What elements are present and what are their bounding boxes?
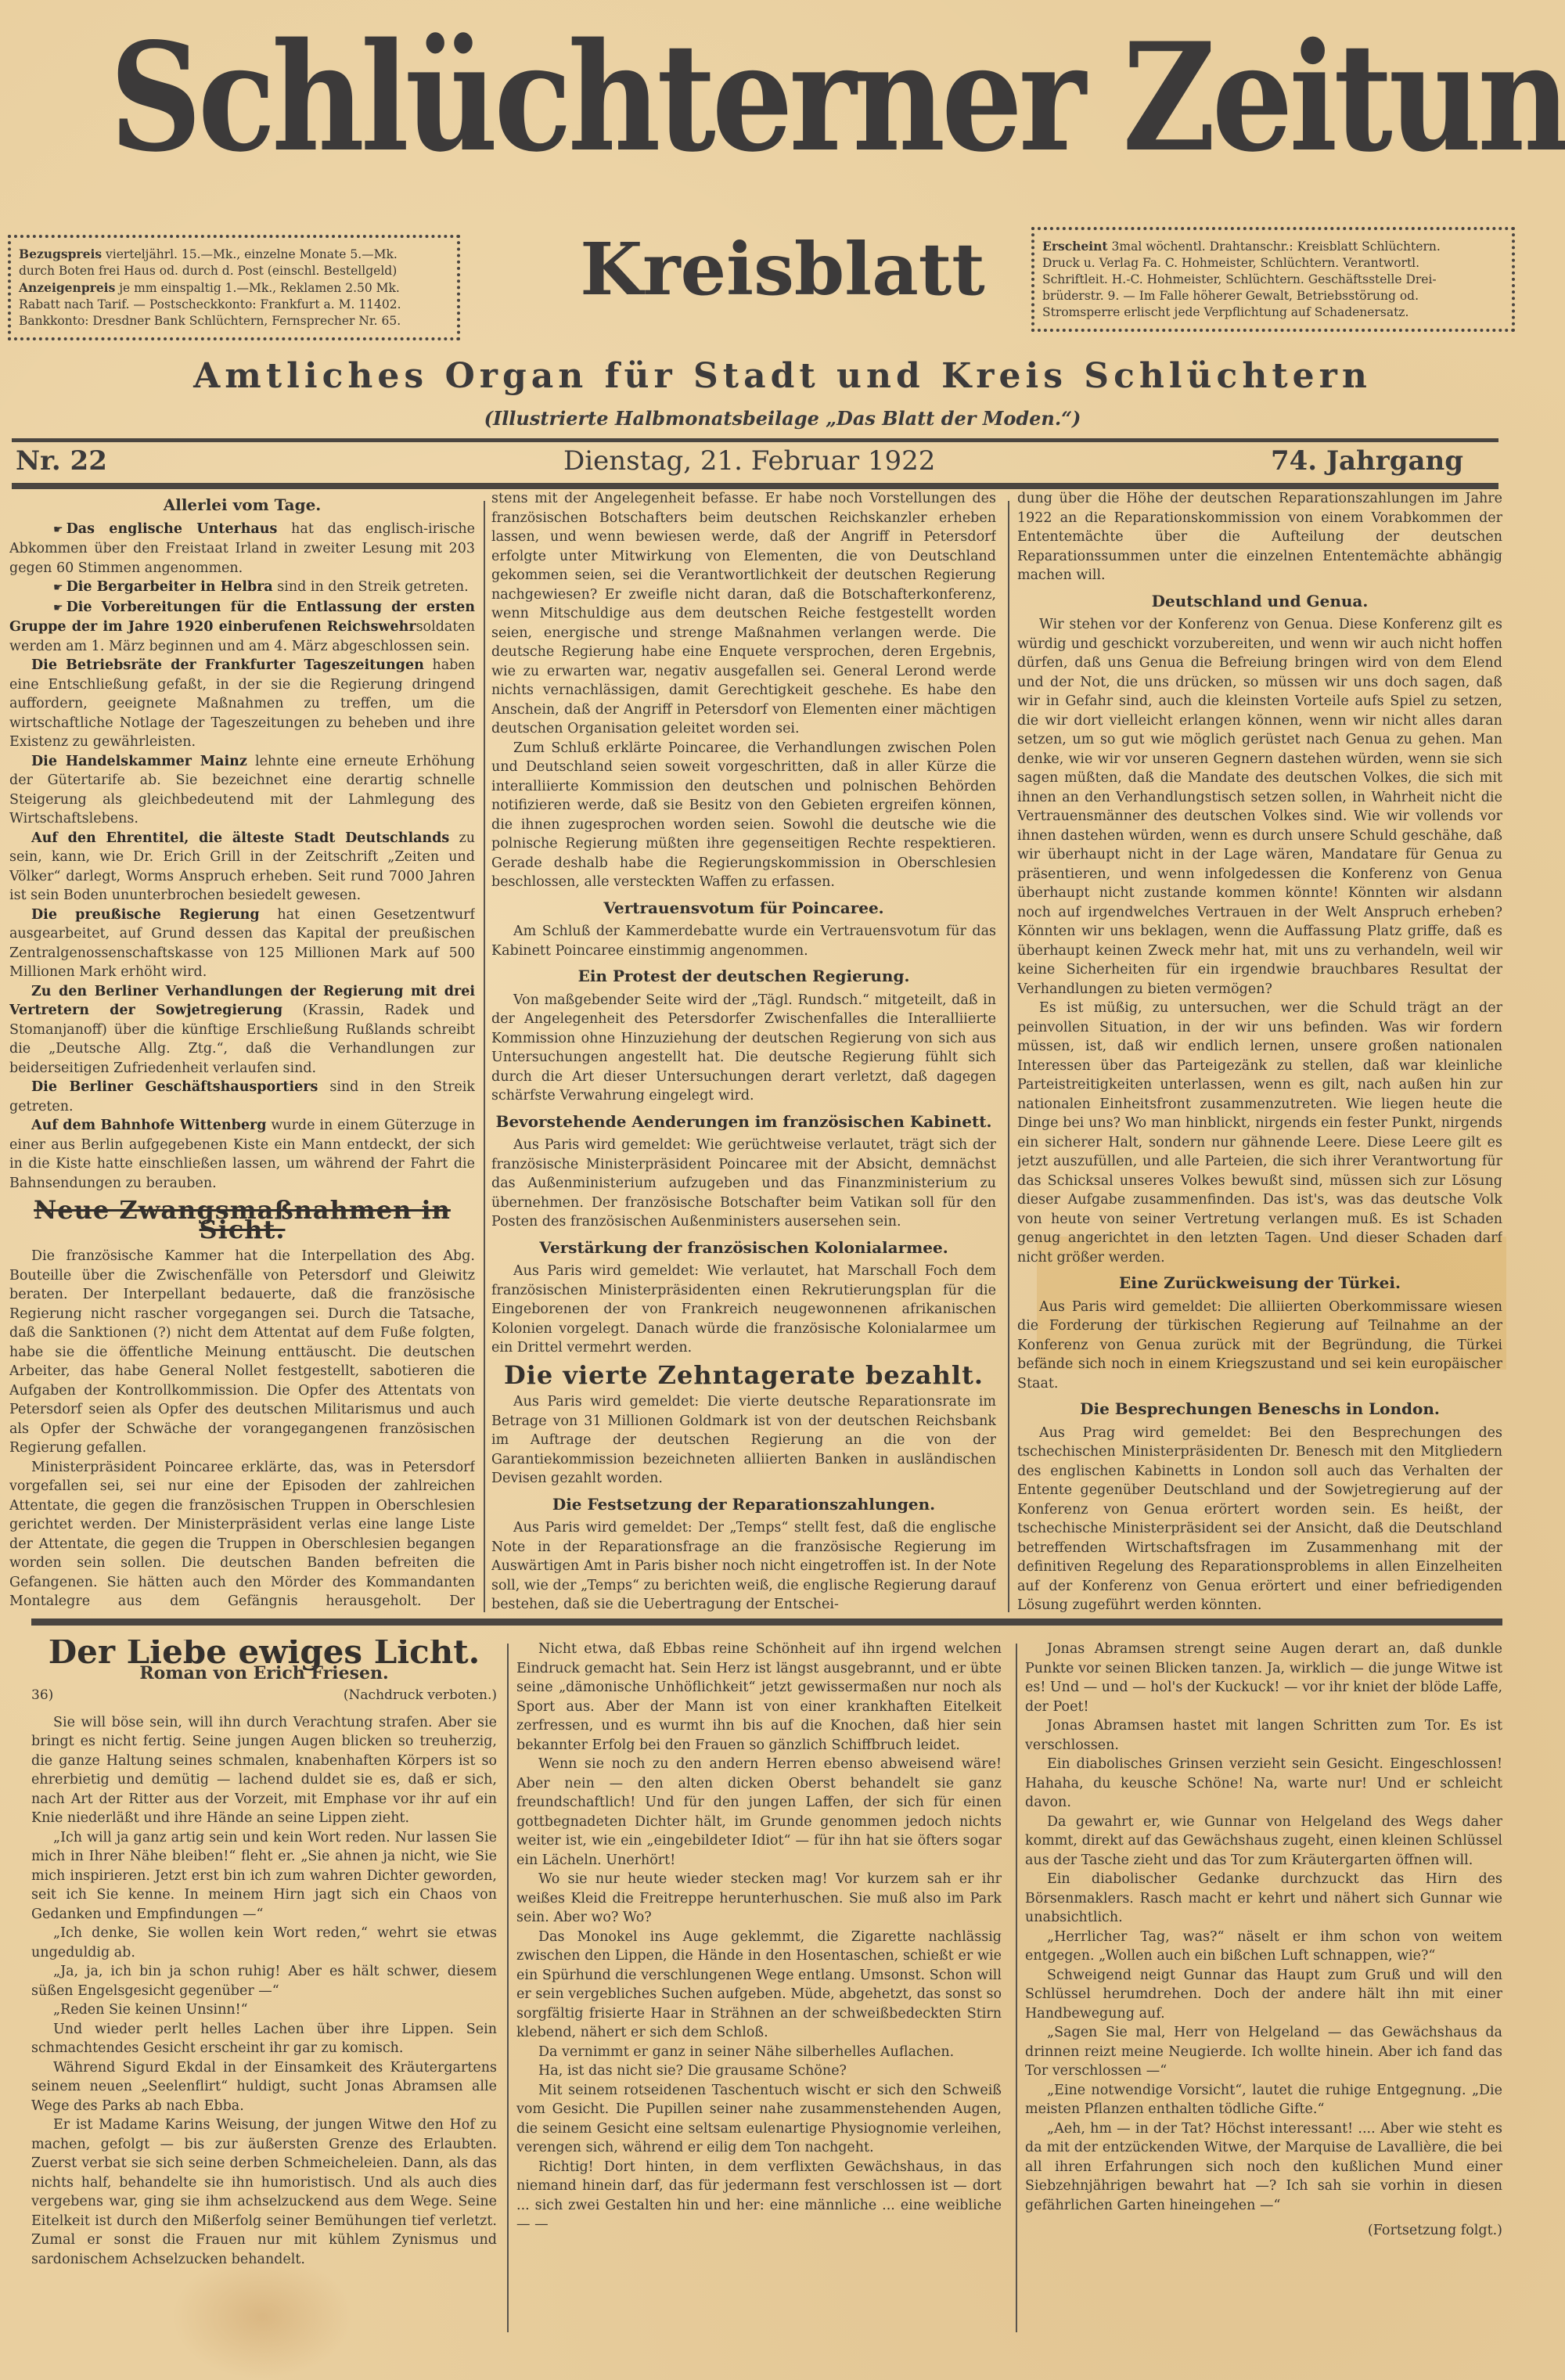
news-item: Auf den Ehrentitel, die älteste Stadt De…: [9, 829, 475, 906]
novel-title: Der Liebe ewiges Licht.: [31, 1643, 497, 1662]
news-item: ☛Die Vorbereitungen für die Entlassung d…: [9, 598, 475, 657]
info-line: Stromsperre erlischt jede Verpflichtung …: [1042, 304, 1504, 321]
rule-feuilleton: [31, 1618, 1502, 1626]
article-paragraph: Ministerpräsident Poincaree erklärte, da…: [9, 1458, 475, 1613]
feuilleton-column-2: Nicht etwa, daß Ebbas reine Schönheit au…: [516, 1640, 1002, 2344]
info-line: Druck u. Verlag Fa. C. Hohmeister, Schlü…: [1042, 255, 1504, 272]
column-divider: [484, 501, 485, 1612]
article-headline: Die vierte Zehntagerate bezahlt.: [491, 1366, 996, 1385]
masthead-subtitle: Kreisblatt: [469, 227, 1095, 311]
info-line: brüderstr. 9. — Im Falle höherer Gewalt,…: [1042, 288, 1504, 304]
article-paragraph: Aus Prag wird gemeldet: Bei den Besprech…: [1017, 1424, 1502, 1613]
news-item-lead: Auf den Ehrentitel, die älteste Stadt De…: [31, 830, 449, 846]
article-paragraph: stens mit der Angelegenheit befasse. Er …: [491, 489, 996, 739]
novel-paragraph: Ha, ist das nicht sie? Die grausame Schö…: [516, 2061, 1002, 2081]
novel-paragraph: „Aeh, hm — in der Tat? Höchst interessan…: [1025, 2119, 1502, 2216]
section-heading: Eine Zurückweisung der Türkei.: [1017, 1273, 1502, 1293]
news-item: ☛Das englische Unterhaus hat das englisc…: [9, 520, 475, 578]
paper-stain: [172, 2254, 352, 2379]
article-paragraph: Es ist müßig, zu untersuchen, wer die Sc…: [1017, 999, 1502, 1267]
info-line: Rabatt nach Tarif. — Postscheckkonto: Fr…: [19, 297, 449, 313]
info-line: Anzeigenpreis je mm einspaltig 1.—Mk., R…: [19, 279, 449, 297]
novel-paragraph: Das Monokel ins Auge geklemmt, die Zigar…: [516, 1928, 1002, 2043]
news-item-lead: Die Vorbereitungen für die Entlassung de…: [9, 600, 475, 636]
novel-paragraph: Jonas Abramsen hastet mit langen Schritt…: [1025, 1716, 1502, 1755]
continued-notice: (Fortsetzung folgt.): [1025, 2221, 1502, 2241]
column-divider: [507, 1644, 509, 2332]
column-genoa: dung über die Höhe der deutschen Reparat…: [1017, 489, 1502, 1612]
news-item: ☛Die Bergarbeiter in Helbra sind in den …: [9, 578, 475, 598]
news-item: Auf dem Bahnhofe Wittenberg wurde in ein…: [9, 1116, 475, 1193]
article-paragraph: Zum Schluß erklärte Poincaree, die Verha…: [491, 739, 996, 892]
news-item: Die Betriebsräte der Frankfurter Tagesze…: [9, 656, 475, 752]
info-label: Anzeigenpreis: [19, 280, 115, 295]
novel-paragraph: Ein diabolisches Grinsen verzieht sein G…: [1025, 1755, 1502, 1813]
feuilleton-column-1: Der Liebe ewiges Licht. Roman von Erich …: [31, 1640, 497, 2344]
novel-paragraph: Sie will böse sein, will ihn durch Verac…: [31, 1713, 497, 1828]
masthead-title: Schlüchterner Zeitung: [110, 16, 1455, 180]
novel-paragraph: Richtig! Dort hinten, in dem verflixten …: [516, 2158, 1002, 2234]
info-line: Bankkonto: Dresdner Bank Schlüchtern, Fe…: [19, 313, 449, 329]
news-item-lead: Die preußische Regierung: [31, 907, 260, 923]
news-item: Zu den Berliner Verhandlungen der Regier…: [9, 982, 475, 1078]
news-item-lead: Zu den Berliner Verhandlungen der Regier…: [9, 984, 475, 1019]
article-paragraph: Aus Paris wird gemeldet: Die alliierten …: [1017, 1298, 1502, 1394]
info-label: Erscheint: [1042, 239, 1108, 254]
novel-paragraph: „Sagen Sie mal, Herr von Helgeland — das…: [1025, 2023, 1502, 2081]
news-item: Die preußische Regierung hat einen Geset…: [9, 906, 475, 982]
news-item-lead: Das englische Unterhaus: [67, 521, 278, 537]
official-organ-line: Amtliches Organ für Stadt und Kreis Schl…: [0, 356, 1565, 396]
news-item-lead: Die Handelskammer Mainz: [31, 754, 247, 769]
reprint-notice: (Nachdruck verboten.): [344, 1686, 497, 1705]
section-heading: Deutschland und Genua.: [1017, 592, 1502, 611]
news-item-lead: Die Bergarbeiter in Helbra: [67, 579, 273, 595]
article-paragraph: dung über die Höhe der deutschen Reparat…: [1017, 489, 1502, 585]
novel-paragraph: „Ich will ja ganz artig sein und kein Wo…: [31, 1828, 497, 1925]
subscription-info-box: Bezugspreis vierteljährl. 15.—Mk., einze…: [8, 235, 460, 340]
installment-number: 36): [31, 1686, 53, 1705]
section-heading: Die Festsetzung der Reparationszahlungen…: [491, 1495, 996, 1514]
news-item-lead: Die Betriebsräte der Frankfurter Tagesze…: [31, 657, 424, 673]
rule-under-dateline: [12, 483, 1498, 489]
novel-meta: 36) (Nachdruck verboten.): [31, 1686, 497, 1705]
article-paragraph: Wir stehen vor der Konferenz von Genua. …: [1017, 615, 1502, 999]
article-paragraph: Aus Paris wird gemeldet: Der „Temps“ ste…: [491, 1518, 996, 1612]
info-line: Erscheint 3mal wöchentl. Drahtanschr.: K…: [1042, 238, 1504, 255]
column-divider: [1008, 501, 1009, 1612]
section-heading: Die Besprechungen Beneschs in London.: [1017, 1399, 1502, 1419]
section-heading: Vertrauensvotum für Poincaree.: [491, 898, 996, 918]
novel-paragraph: „Herrlicher Tag, was?“ näselt er ihm sch…: [1025, 1928, 1502, 1966]
novel-paragraph: Nicht etwa, daß Ebbas reine Schönheit au…: [516, 1640, 1002, 1755]
article-headline: Neue Zwangsmaßnahmen in Sicht.: [9, 1201, 475, 1239]
novel-paragraph: „Reden Sie keinen Unsinn!“: [31, 2000, 497, 2020]
issue-number: Nr. 22: [16, 445, 107, 477]
newspaper-page: Schlüchterner Zeitung Bezugspreis vierte…: [0, 0, 1565, 2380]
novel-paragraph: Da gewahrt er, wie Gunnar von Helgeland …: [1025, 1813, 1502, 1871]
novel-paragraph: Schweigend neigt Gunnar das Haupt zum Gr…: [1025, 1966, 1502, 2024]
publisher-info-box: Erscheint 3mal wöchentl. Drahtanschr.: K…: [1031, 227, 1515, 332]
issue-date: Dienstag, 21. Februar 1922: [563, 445, 935, 477]
novel-paragraph: Mit seinem rotseidenen Taschentuch wisch…: [516, 2081, 1002, 2158]
info-label: Bezugspreis: [19, 247, 102, 261]
novel-paragraph: Während Sigurd Ekdal in der Einsamkeit d…: [31, 2058, 497, 2116]
supplement-line: (Illustrierte Halbmonatsbeilage „Das Bla…: [0, 407, 1565, 430]
article-paragraph: Aus Paris wird gemeldet: Wie verlautet, …: [491, 1262, 996, 1358]
section-heading: Ein Protest der deutschen Regierung.: [491, 967, 996, 986]
pointing-hand-icon: ☛: [31, 599, 63, 618]
dateline: Nr. 22 Dienstag, 21. Februar 1922 74. Ja…: [16, 442, 1463, 481]
info-line: durch Boten frei Haus od. durch d. Post …: [19, 263, 449, 279]
pointing-hand-icon: ☛: [31, 578, 63, 598]
volume-number: 74. Jahrgang: [1271, 445, 1463, 477]
pointing-hand-icon: ☛: [31, 520, 63, 540]
novel-paragraph: Jonas Abramsen strengt seine Augen derar…: [1025, 1640, 1502, 1716]
novel-paragraph: „Eine notwendige Vorsicht“, lautet die r…: [1025, 2081, 1502, 2119]
article-paragraph: Von maßgebender Seite wird der „Tägl. Ru…: [491, 991, 996, 1106]
novel-paragraph: Er ist Madame Karins Weisung, der jungen…: [31, 2115, 497, 2269]
section-heading: Verstärkung der französischen Kolonialar…: [491, 1238, 996, 1258]
novel-paragraph: Da vernimmt er ganz in seiner Nähe silbe…: [516, 2043, 1002, 2062]
column-politics: stens mit der Angelegenheit befasse. Er …: [491, 489, 996, 1612]
news-item: Die Berliner Geschäftshausportiers sind …: [9, 1078, 475, 1116]
novel-paragraph: „Ich denke, Sie wollen kein Wort reden,“…: [31, 1924, 497, 1962]
novel-paragraph: Wo sie nur heute wieder stecken mag! Vor…: [516, 1870, 1002, 1928]
article-paragraph: Aus Paris wird gemeldet: Wie gerüchtweis…: [491, 1136, 996, 1232]
info-line: Bezugspreis vierteljährl. 15.—Mk., einze…: [19, 246, 449, 263]
column-news-of-the-day: Allerlei vom Tage.☛Das englische Unterha…: [9, 489, 475, 1612]
info-line: Schriftleit. H.-C. Hohmeister, Schlüchte…: [1042, 272, 1504, 288]
article-paragraph: Aus Paris wird gemeldet: Die vierte deut…: [491, 1392, 996, 1489]
novel-paragraph: Ein diabolischer Gedanke durchzuckt das …: [1025, 1870, 1502, 1928]
news-item: Die Handelskammer Mainz lehnte eine erne…: [9, 752, 475, 829]
news-item-lead: Auf dem Bahnhofe Wittenberg: [31, 1118, 266, 1133]
feuilleton-column-3: Jonas Abramsen strengt seine Augen derar…: [1025, 1640, 1502, 2344]
section-heading: Allerlei vom Tage.: [9, 495, 475, 515]
article-paragraph: Die französische Kammer hat die Interpel…: [9, 1247, 475, 1458]
novel-paragraph: Und wieder perlt helles Lachen über ihre…: [31, 2020, 497, 2058]
column-divider: [1016, 1644, 1017, 2332]
novel-paragraph: Wenn sie noch zu den andern Herren ebens…: [516, 1755, 1002, 1870]
section-heading: Bevorstehende Aenderungen im französisch…: [491, 1112, 996, 1132]
novel-paragraph: „Ja, ja, ich bin ja schon ruhig! Aber es…: [31, 1962, 497, 2000]
news-item-lead: Die Berliner Geschäftshausportiers: [31, 1079, 318, 1095]
article-paragraph: Am Schluß der Kammerdebatte wurde ein Ve…: [491, 922, 996, 960]
